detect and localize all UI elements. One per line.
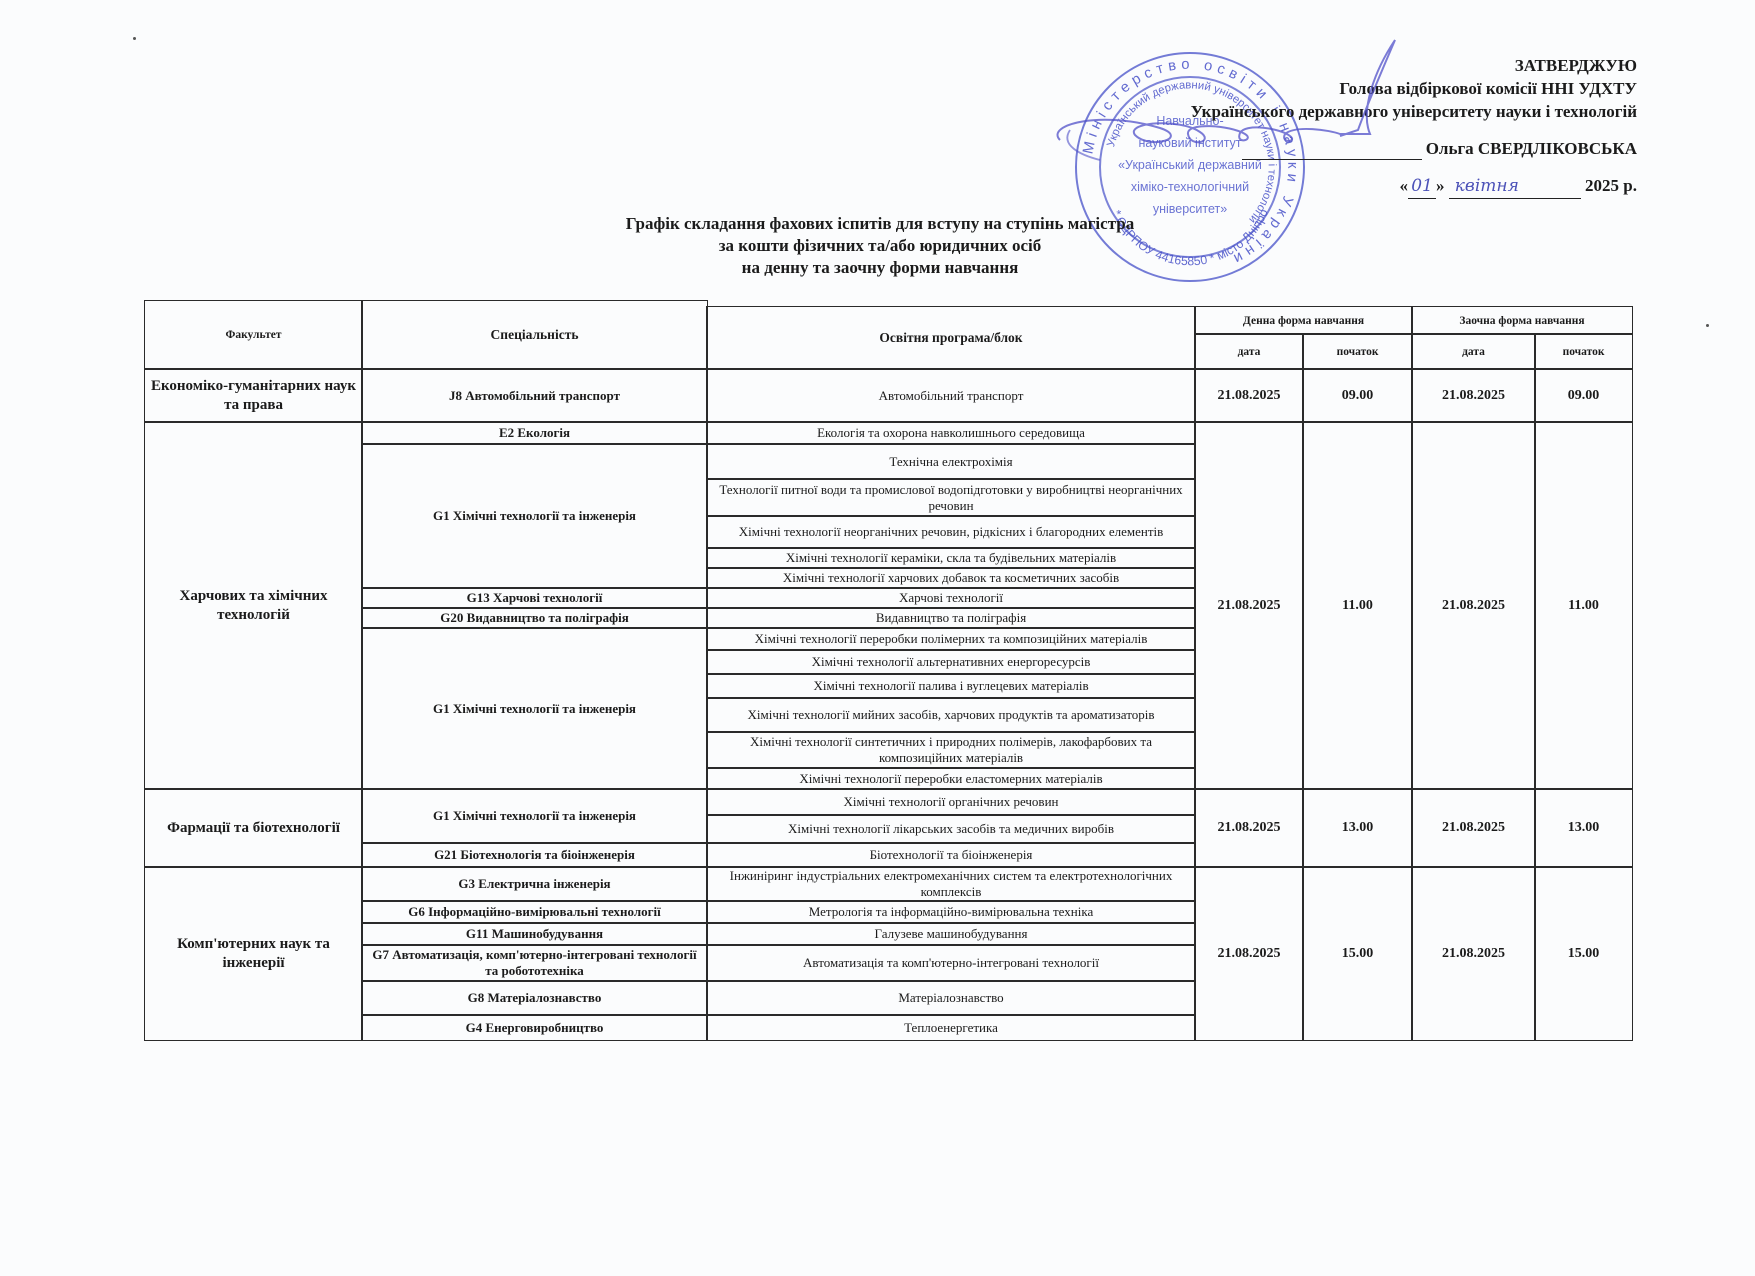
header-program: Освітня програма/блок [706, 306, 1195, 369]
day-start-cell: 09.00 [1302, 368, 1412, 422]
program-cell: Хімічні технології синтетичних і природн… [706, 731, 1195, 768]
specialty-cell: G1 Хімічні технології та інженерія [361, 788, 707, 843]
approval-position: Голова відбіркової комісії ННІ УДХТУ [1191, 77, 1637, 100]
ext-date-cell: 21.08.2025 [1411, 788, 1535, 867]
faculty-cell: Економіко-гуманітарних наук та права [144, 368, 362, 422]
header-day-start: початок [1302, 333, 1412, 369]
specialty-cell: J8 Автомобільний транспорт [361, 368, 707, 422]
specialty-cell: G1 Хімічні технології та інженерія [361, 627, 707, 789]
ext-date-cell: 21.08.2025 [1411, 866, 1535, 1040]
scan-speck [133, 37, 136, 40]
program-cell: Теплоенергетика [706, 1014, 1195, 1040]
approval-heading: ЗАТВЕРДЖУЮ [1191, 54, 1637, 77]
program-cell: Технічна електрохімія [706, 443, 1195, 479]
program-cell: Хімічні технології кераміки, скла та буд… [706, 547, 1195, 568]
faculty-cell: Фармації та біотехнології [144, 788, 362, 867]
date-day: 01 [1408, 175, 1436, 199]
specialty-cell: G1 Хімічні технології та інженерія [361, 443, 707, 588]
program-cell: Хімічні технології переробки еластомерни… [706, 767, 1195, 789]
scan-speck [1706, 324, 1709, 327]
program-cell: Автоматизація та комп'ютерно-інтегровані… [706, 944, 1195, 981]
program-cell: Хімічні технології органічних речовин [706, 788, 1195, 815]
document-title: Графік складання фахових іспитів для вст… [560, 213, 1200, 279]
program-cell: Хімічні технології переробки полімерних … [706, 627, 1195, 650]
program-cell: Галузеве машинобудування [706, 922, 1195, 945]
ext-date-cell: 21.08.2025 [1411, 368, 1535, 422]
day-date-cell: 21.08.2025 [1194, 421, 1303, 789]
program-cell: Метрологія та інформаційно-вимірювальна … [706, 900, 1195, 923]
program-cell: Технології питної води та промислової во… [706, 478, 1195, 516]
approval-institution: Українського державного університету нау… [1191, 100, 1637, 123]
specialty-cell: G7 Автоматизація, комп'ютерно-інтегрован… [361, 944, 707, 981]
day-date-cell: 21.08.2025 [1194, 788, 1303, 867]
header-faculty: Факультет [144, 300, 362, 369]
ext-start-cell: 13.00 [1534, 788, 1632, 867]
specialty-cell: G21 Біотехнологія та біоінженерія [361, 842, 707, 867]
program-cell: Видавництво та поліграфія [706, 607, 1195, 628]
specialty-cell: G3 Електрична інженерія [361, 866, 707, 901]
program-cell: Хімічні технології харчових добавок та к… [706, 567, 1195, 588]
header-day-form: Денна форма навчання [1194, 306, 1412, 334]
date-year: 2025 р. [1585, 176, 1637, 195]
ext-start-cell: 09.00 [1534, 368, 1632, 422]
approval-date: «01» квітня 2025 р. [1191, 174, 1637, 199]
program-cell: Хімічні технології неорганічних речовин,… [706, 515, 1195, 548]
specialty-cell: E2 Екологія [361, 421, 707, 444]
specialty-cell: G11 Машинобудування [361, 922, 707, 945]
header-day-date: дата [1194, 333, 1303, 369]
program-cell: Екологія та охорона навколишнього середо… [706, 421, 1195, 444]
ext-start-cell: 11.00 [1534, 421, 1632, 789]
signature-line: Ольга СВЕРДЛІКОВСЬКА [1191, 137, 1637, 160]
header-ext-date: дата [1411, 333, 1535, 369]
program-cell: Біотехнології та біоінженерія [706, 842, 1195, 867]
specialty-cell: G6 Інформаційно-вимірювальні технології [361, 900, 707, 923]
date-month: квітня [1449, 175, 1581, 199]
program-cell: Хімічні технології палива і вуглецевих м… [706, 673, 1195, 698]
ext-date-cell: 21.08.2025 [1411, 421, 1535, 789]
day-start-cell: 11.00 [1302, 421, 1412, 789]
program-cell: Інжиніринг індустріальних електромеханіч… [706, 866, 1195, 901]
header-specialty: Спеціальність [361, 300, 707, 369]
header-ext-start: початок [1534, 333, 1632, 369]
day-start-cell: 15.00 [1302, 866, 1412, 1040]
program-cell: Хімічні технології лікарських засобів та… [706, 814, 1195, 843]
signer-name: Ольга СВЕРДЛІКОВСЬКА [1426, 139, 1637, 158]
program-cell: Хімічні технології альтернативних енерго… [706, 649, 1195, 674]
day-date-cell: 21.08.2025 [1194, 866, 1303, 1040]
specialty-cell: G8 Матеріалознавство [361, 980, 707, 1015]
faculty-cell: Комп'ютерних наук та інженерії [144, 866, 362, 1040]
program-cell: Хімічні технології мийних засобів, харчо… [706, 697, 1195, 732]
day-start-cell: 13.00 [1302, 788, 1412, 867]
ext-start-cell: 15.00 [1534, 866, 1632, 1040]
program-cell: Автомобільний транспорт [706, 368, 1195, 422]
signature-underline [1242, 145, 1422, 160]
specialty-cell: G4 Енерговиробництво [361, 1014, 707, 1040]
program-cell: Харчові технології [706, 587, 1195, 608]
faculty-cell: Харчових та хімічних технологій [144, 421, 362, 789]
specialty-cell: G20 Видавництво та поліграфія [361, 607, 707, 628]
header-extramural-form: Заочна форма навчання [1411, 306, 1632, 334]
program-cell: Матеріалознавство [706, 980, 1195, 1015]
specialty-cell: G13 Харчові технології [361, 587, 707, 608]
approval-block: ЗАТВЕРДЖУЮ Голова відбіркової комісії НН… [1191, 54, 1637, 199]
day-date-cell: 21.08.2025 [1194, 368, 1303, 422]
